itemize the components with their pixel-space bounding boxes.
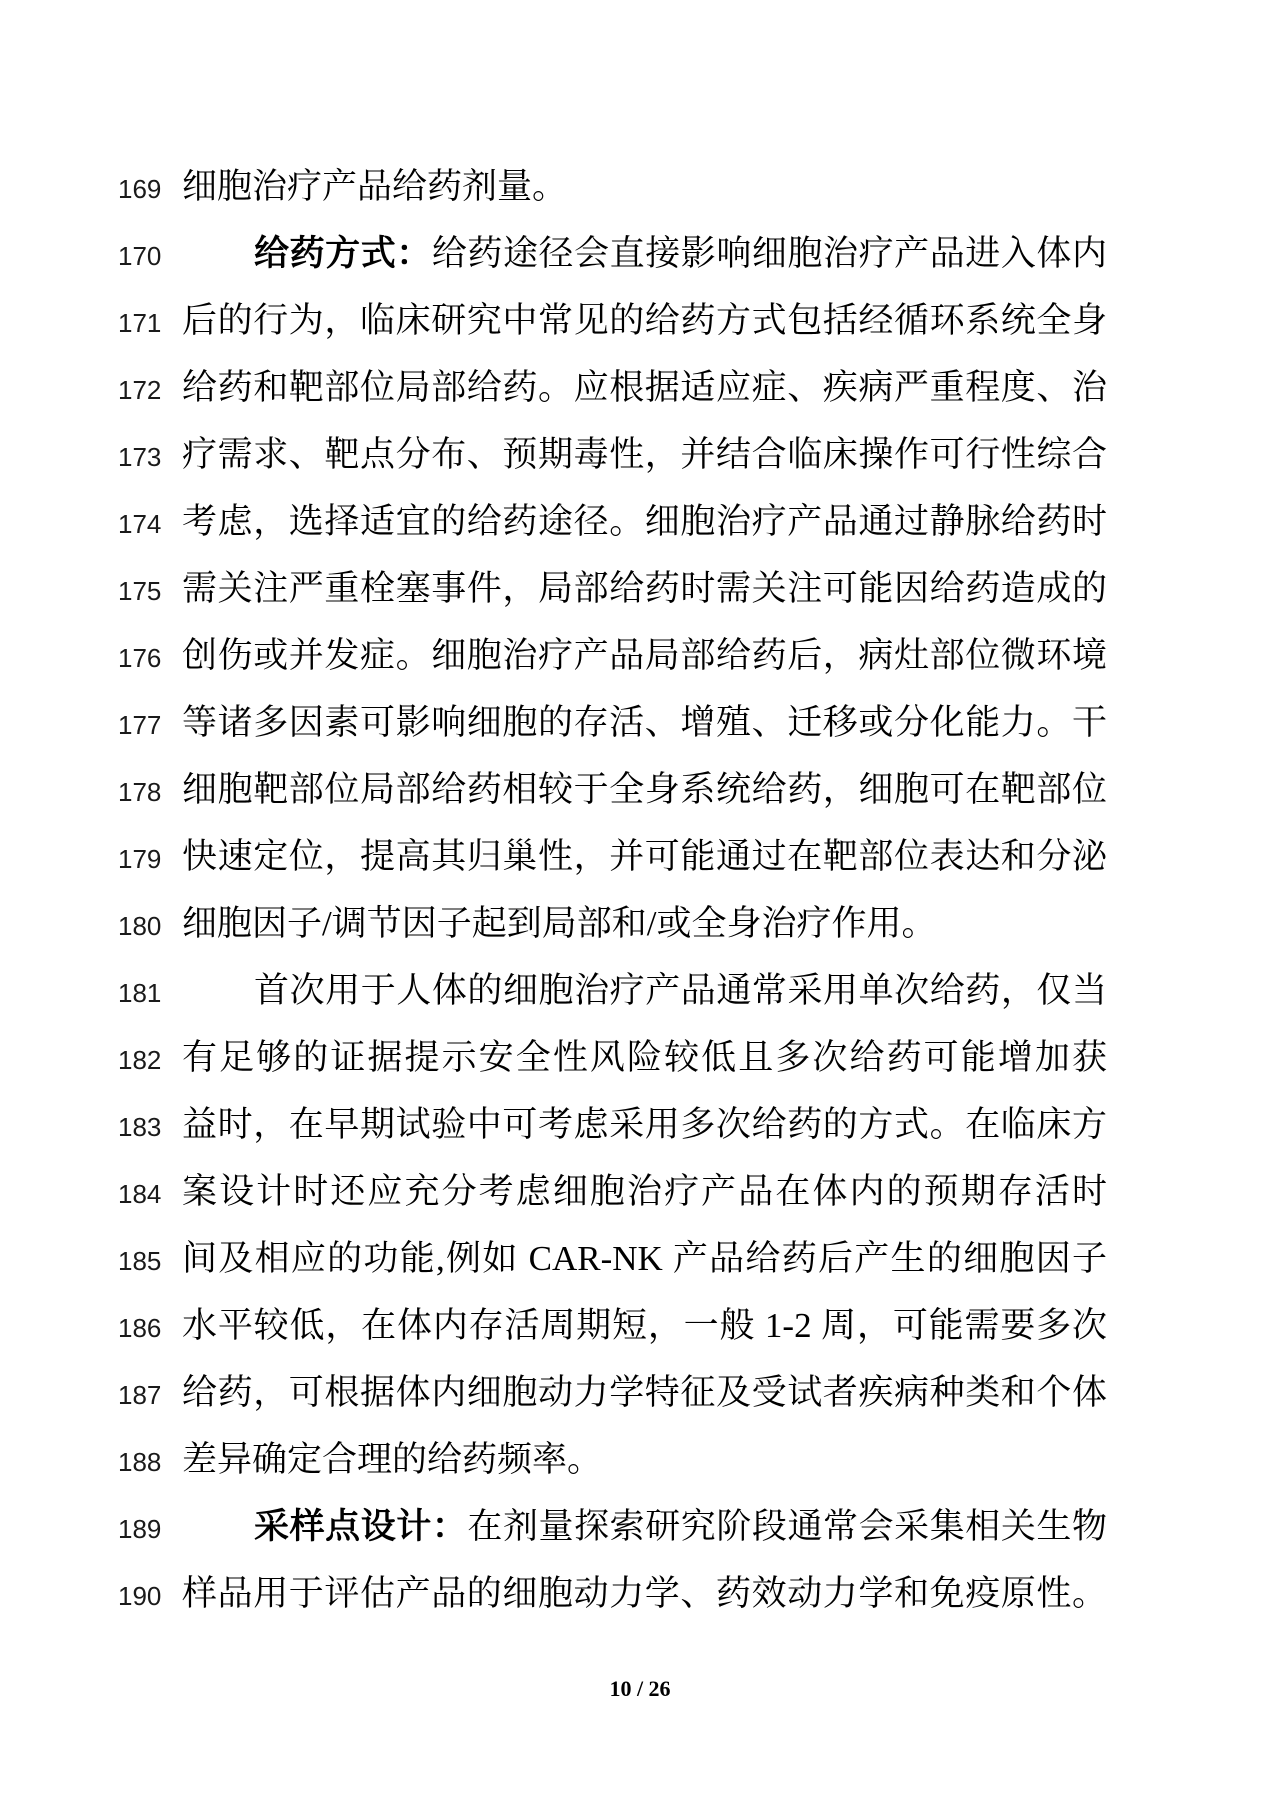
text-line: 179 快速定位，提高其归巢性，并可能通过在靶部位表达和分泌 <box>0 823 1107 890</box>
text-line: 176 创伤或并发症。细胞治疗产品局部给药后，病灶部位微环境 <box>0 622 1107 689</box>
line-rest: 给药和靶部位局部给药。应根据适应症、疾病严重程度、治 <box>182 368 1107 407</box>
line-text: 间及相应的功能,例如 CAR-NK 产品给药后产生的细胞因子 <box>182 1225 1107 1292</box>
text-line: 177 等诸多因素可影响细胞的存活、增殖、迁移或分化能力。干 <box>0 689 1107 756</box>
line-text: 给药和靶部位局部给药。应根据适应症、疾病严重程度、治 <box>182 354 1107 421</box>
line-rest: 给药途径会直接影响细胞治疗产品进入体内 <box>432 234 1107 273</box>
document-body: 169 细胞治疗产品给药剂量。 170 给药方式：给药途径会直接影响细胞治疗产品… <box>0 153 1107 1627</box>
line-rest: 疗需求、靶点分布、预期毒性，并结合临床操作可行性综合 <box>182 435 1107 474</box>
line-rest: 有足够的证据提示安全性风险较低且多次给药可能增加获 <box>182 1038 1107 1077</box>
line-number: 170 <box>0 223 182 290</box>
line-rest: 细胞治疗产品给药剂量。 <box>182 167 567 206</box>
line-number: 189 <box>0 1496 182 1563</box>
line-text: 益时，在早期试验中可考虑采用多次给药的方式。在临床方 <box>182 1091 1107 1158</box>
line-text: 首次用于人体的细胞治疗产品通常采用单次给药，仅当 <box>182 957 1107 1024</box>
text-line: 175 需关注严重栓塞事件，局部给药时需关注可能因给药造成的 <box>0 555 1107 622</box>
line-text: 需关注严重栓塞事件，局部给药时需关注可能因给药造成的 <box>182 555 1107 622</box>
document-page: 169 细胞治疗产品给药剂量。 170 给药方式：给药途径会直接影响细胞治疗产品… <box>0 0 1280 1810</box>
line-bold-heading: 给药方式： <box>254 234 432 273</box>
line-number: 186 <box>0 1295 182 1362</box>
line-text: 采样点设计：在剂量探索研究阶段通常会采集相关生物 <box>182 1493 1107 1560</box>
line-number: 180 <box>0 893 182 960</box>
text-line: 188 差异确定合理的给药频率。 <box>0 1426 1107 1493</box>
page-number: 10 / 26 <box>0 1676 1280 1702</box>
line-text: 案设计时还应充分考虑细胞治疗产品在体内的预期存活时 <box>182 1158 1107 1225</box>
line-text: 差异确定合理的给药频率。 <box>182 1426 1107 1493</box>
text-line: 173 疗需求、靶点分布、预期毒性，并结合临床操作可行性综合 <box>0 421 1107 488</box>
line-rest: 给药，可根据体内细胞动力学特征及受试者疾病种类和个体 <box>182 1373 1107 1412</box>
line-number: 176 <box>0 625 182 692</box>
line-number: 188 <box>0 1429 182 1496</box>
text-line: 169 细胞治疗产品给药剂量。 <box>0 153 1107 220</box>
line-number: 173 <box>0 424 182 491</box>
line-rest: 在剂量探索研究阶段通常会采集相关生物 <box>467 1507 1107 1546</box>
line-number: 174 <box>0 491 182 558</box>
line-number: 177 <box>0 692 182 759</box>
line-rest: 细胞靶部位局部给药相较于全身系统给药，细胞可在靶部位 <box>182 770 1107 809</box>
text-line: 186 水平较低，在体内存活周期短，一般 1-2 周，可能需要多次 <box>0 1292 1107 1359</box>
line-rest: 考虑，选择适宜的给药途径。细胞治疗产品通过静脉给药时 <box>182 502 1107 541</box>
text-line: 181 首次用于人体的细胞治疗产品通常采用单次给药，仅当 <box>0 957 1107 1024</box>
text-line: 184 案设计时还应充分考虑细胞治疗产品在体内的预期存活时 <box>0 1158 1107 1225</box>
line-number: 190 <box>0 1563 182 1630</box>
text-line: 183 益时，在早期试验中可考虑采用多次给药的方式。在临床方 <box>0 1091 1107 1158</box>
line-number: 179 <box>0 826 182 893</box>
line-number: 187 <box>0 1362 182 1429</box>
line-rest: 样品用于评估产品的细胞动力学、药效动力学和免疫原性。 <box>182 1574 1107 1613</box>
line-rest: 后的行为，临床研究中常见的给药方式包括经循环系统全身 <box>182 301 1107 340</box>
line-rest: 间及相应的功能,例如 CAR-NK 产品给药后产生的细胞因子 <box>182 1239 1107 1278</box>
text-line: 187 给药，可根据体内细胞动力学特征及受试者疾病种类和个体 <box>0 1359 1107 1426</box>
line-number: 181 <box>0 960 182 1027</box>
line-number: 175 <box>0 558 182 625</box>
text-line: 171 后的行为，临床研究中常见的给药方式包括经循环系统全身 <box>0 287 1107 354</box>
line-rest: 水平较低，在体内存活周期短，一般 1-2 周，可能需要多次 <box>182 1306 1107 1345</box>
line-text: 有足够的证据提示安全性风险较低且多次给药可能增加获 <box>182 1024 1107 1091</box>
line-text: 水平较低，在体内存活周期短，一般 1-2 周，可能需要多次 <box>182 1292 1107 1359</box>
line-text: 后的行为，临床研究中常见的给药方式包括经循环系统全身 <box>182 287 1107 354</box>
text-line: 172 给药和靶部位局部给药。应根据适应症、疾病严重程度、治 <box>0 354 1107 421</box>
line-rest: 首次用于人体的细胞治疗产品通常采用单次给药，仅当 <box>254 971 1107 1010</box>
line-text: 创伤或并发症。细胞治疗产品局部给药后，病灶部位微环境 <box>182 622 1107 689</box>
line-rest: 益时，在早期试验中可考虑采用多次给药的方式。在临床方 <box>182 1105 1107 1144</box>
text-line: 180 细胞因子/调节因子起到局部和/或全身治疗作用。 <box>0 890 1107 957</box>
line-rest: 等诸多因素可影响细胞的存活、增殖、迁移或分化能力。干 <box>182 703 1107 742</box>
line-text: 给药方式：给药途径会直接影响细胞治疗产品进入体内 <box>182 220 1107 287</box>
line-number: 182 <box>0 1027 182 1094</box>
line-text: 等诸多因素可影响细胞的存活、增殖、迁移或分化能力。干 <box>182 689 1107 756</box>
line-text: 考虑，选择适宜的给药途径。细胞治疗产品通过静脉给药时 <box>182 488 1107 555</box>
line-rest: 快速定位，提高其归巢性，并可能通过在靶部位表达和分泌 <box>182 837 1107 876</box>
text-line: 189 采样点设计：在剂量探索研究阶段通常会采集相关生物 <box>0 1493 1107 1560</box>
line-text: 样品用于评估产品的细胞动力学、药效动力学和免疫原性。 <box>182 1560 1107 1627</box>
line-number: 172 <box>0 357 182 424</box>
line-number: 184 <box>0 1161 182 1228</box>
line-text: 给药，可根据体内细胞动力学特征及受试者疾病种类和个体 <box>182 1359 1107 1426</box>
line-rest: 需关注严重栓塞事件，局部给药时需关注可能因给药造成的 <box>182 569 1107 608</box>
text-line: 174 考虑，选择适宜的给药途径。细胞治疗产品通过静脉给药时 <box>0 488 1107 555</box>
line-number: 178 <box>0 759 182 826</box>
line-text: 细胞因子/调节因子起到局部和/或全身治疗作用。 <box>182 890 1107 957</box>
line-number: 185 <box>0 1228 182 1295</box>
line-rest: 细胞因子/调节因子起到局部和/或全身治疗作用。 <box>182 904 936 943</box>
line-bold-heading: 采样点设计： <box>254 1507 467 1546</box>
text-line: 190 样品用于评估产品的细胞动力学、药效动力学和免疫原性。 <box>0 1560 1107 1627</box>
line-text: 细胞治疗产品给药剂量。 <box>182 153 1107 220</box>
line-text: 疗需求、靶点分布、预期毒性，并结合临床操作可行性综合 <box>182 421 1107 488</box>
line-number: 171 <box>0 290 182 357</box>
line-text: 快速定位，提高其归巢性，并可能通过在靶部位表达和分泌 <box>182 823 1107 890</box>
line-text: 细胞靶部位局部给药相较于全身系统给药，细胞可在靶部位 <box>182 756 1107 823</box>
line-rest: 创伤或并发症。细胞治疗产品局部给药后，病灶部位微环境 <box>182 636 1107 675</box>
line-rest: 案设计时还应充分考虑细胞治疗产品在体内的预期存活时 <box>182 1172 1107 1211</box>
line-number: 169 <box>0 156 182 223</box>
text-line: 178 细胞靶部位局部给药相较于全身系统给药，细胞可在靶部位 <box>0 756 1107 823</box>
text-line: 170 给药方式：给药途径会直接影响细胞治疗产品进入体内 <box>0 220 1107 287</box>
line-rest: 差异确定合理的给药频率。 <box>182 1440 602 1479</box>
line-number: 183 <box>0 1094 182 1161</box>
text-line: 185 间及相应的功能,例如 CAR-NK 产品给药后产生的细胞因子 <box>0 1225 1107 1292</box>
text-line: 182 有足够的证据提示安全性风险较低且多次给药可能增加获 <box>0 1024 1107 1091</box>
